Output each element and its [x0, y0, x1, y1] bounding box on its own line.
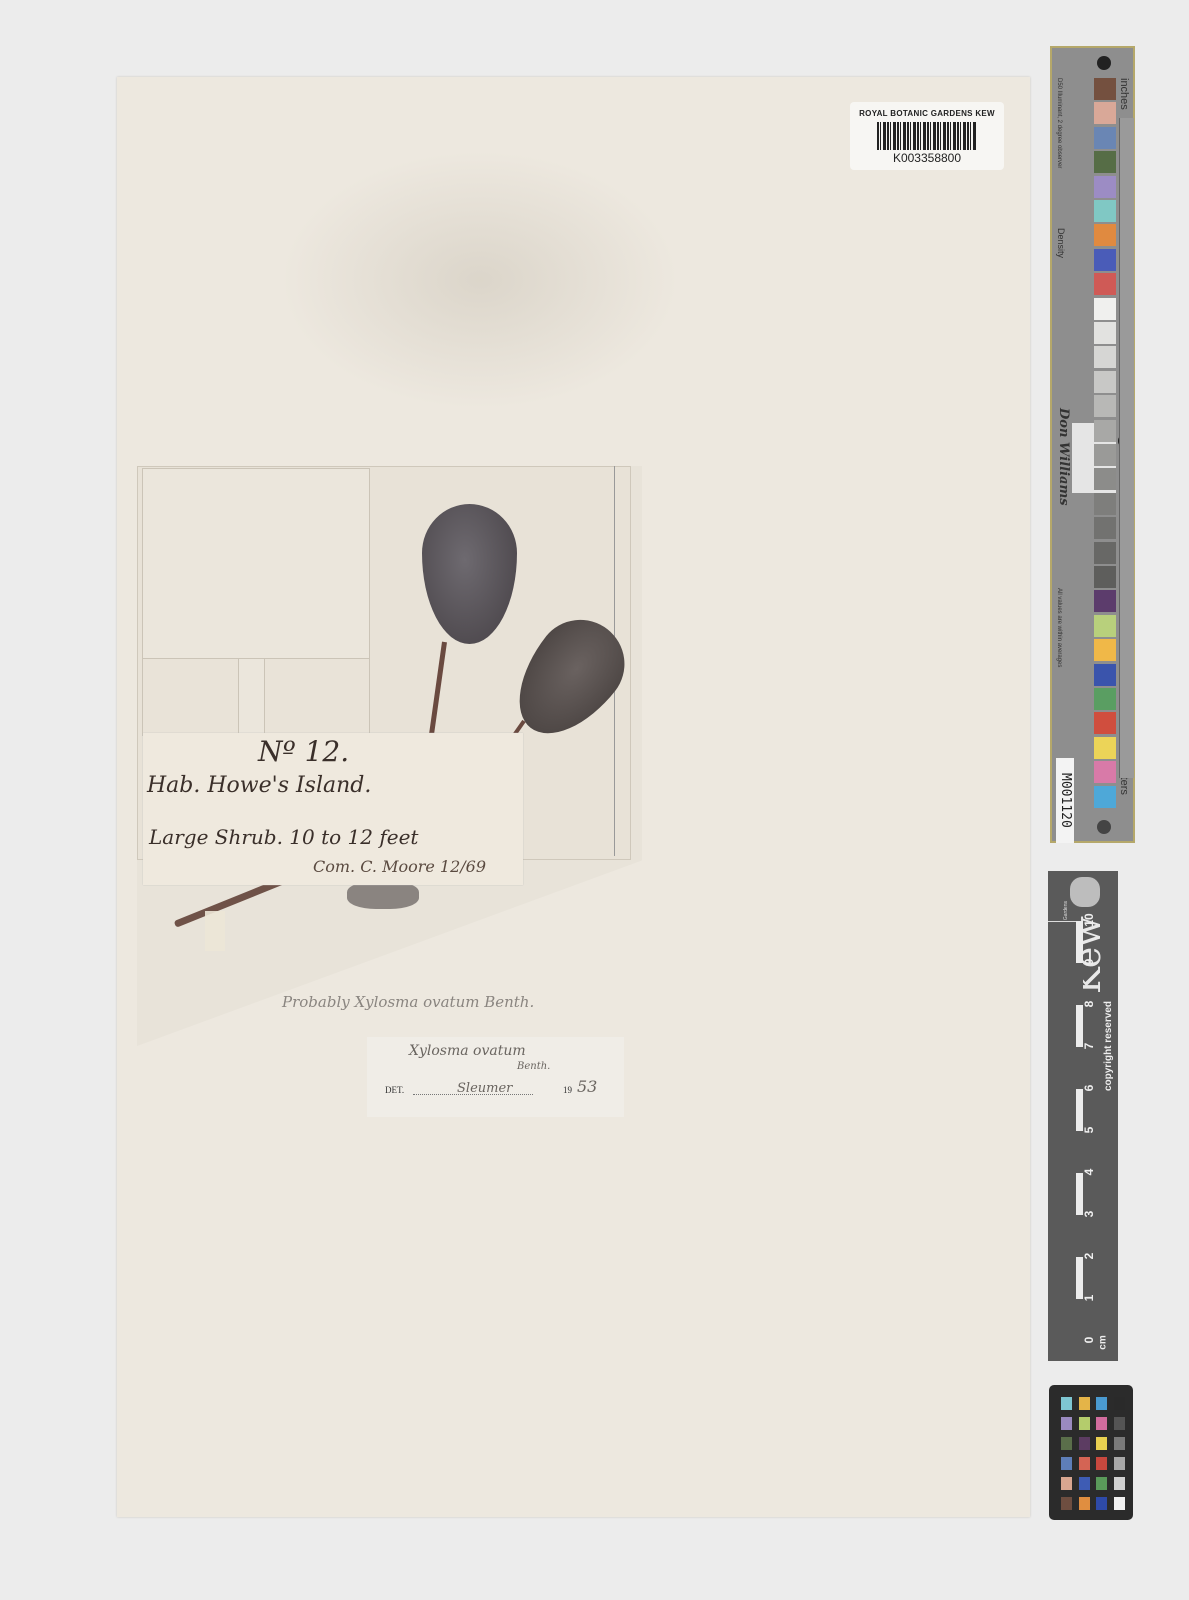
color-chip [1079, 1477, 1090, 1490]
color-chip [1061, 1477, 1072, 1490]
color-chip [1096, 1457, 1107, 1470]
barcode-label: ROYAL BOTANIC GARDENS KEW K003358800 [850, 102, 1004, 170]
color-swatch [1094, 786, 1116, 808]
scale-tick-label: 7 [1082, 1036, 1096, 1056]
color-swatch [1094, 444, 1116, 466]
color-swatch [1094, 712, 1116, 734]
color-swatch [1094, 420, 1116, 442]
color-swatch [1094, 664, 1116, 686]
color-chip [1114, 1417, 1125, 1430]
description-text: Large Shrub. 10 to 12 feet [149, 825, 418, 849]
scale-tick-label: 2 [1082, 1246, 1096, 1266]
collection-number: Nº 12. [258, 735, 349, 768]
color-swatch [1094, 249, 1116, 271]
specimen-leaf-fragment [347, 881, 419, 909]
color-chip [1096, 1417, 1107, 1430]
color-chip [1114, 1477, 1125, 1490]
scale-tick-label: 8 [1082, 994, 1096, 1014]
color-swatch [1094, 176, 1116, 198]
year-suffix: 53 [577, 1077, 597, 1096]
color-swatch [1094, 102, 1116, 124]
color-chip [1079, 1417, 1090, 1430]
inches-label: inches [1118, 78, 1130, 110]
color-swatch [1094, 566, 1116, 588]
scale-block [1048, 1047, 1076, 1090]
ruler-brand: Don Williams [1056, 408, 1071, 506]
color-checker-card [1049, 1385, 1133, 1520]
barcode-number: K003358800 [850, 151, 1004, 165]
color-swatch [1094, 542, 1116, 564]
color-swatch [1094, 322, 1116, 344]
color-swatch [1094, 615, 1116, 637]
collector-label: Nº 12. Hab. Howe's Island. Large Shrub. … [143, 733, 523, 885]
envelope-flap [238, 658, 266, 736]
det-label: DET. [385, 1085, 404, 1095]
envelope-flap [264, 658, 370, 736]
collector-text: Com. C. Moore 12/69 [313, 857, 486, 876]
mounting-tape [205, 911, 225, 951]
cm-label: cm [1098, 1335, 1109, 1349]
color-chip [1079, 1457, 1090, 1470]
density-label: Density [1056, 228, 1066, 258]
color-swatch [1094, 273, 1116, 295]
color-swatch [1094, 127, 1116, 149]
color-swatch [1094, 493, 1116, 515]
scale-tick-label: 1 [1082, 1288, 1096, 1308]
ruler-footnote: All values are within averages [1056, 588, 1062, 667]
color-swatch [1094, 151, 1116, 173]
color-chip [1061, 1397, 1072, 1410]
scale-block [1048, 963, 1076, 1006]
scale-block [1048, 1089, 1076, 1132]
kew-crest-icon [1070, 877, 1100, 907]
institution-name: ROYAL BOTANIC GARDENS KEW [850, 109, 1004, 118]
color-swatch [1094, 761, 1116, 783]
scale-tick-label: 0 [1082, 1330, 1096, 1350]
color-chip [1079, 1437, 1090, 1450]
color-chip [1096, 1497, 1107, 1510]
copyright-text: copyright reserved [1103, 1001, 1114, 1091]
color-swatch [1094, 639, 1116, 661]
color-chip [1061, 1497, 1072, 1510]
det-authority: Benth. [517, 1061, 550, 1072]
scale-tick-label: 4 [1082, 1162, 1096, 1182]
color-swatch [1094, 200, 1116, 222]
color-chip [1096, 1397, 1107, 1410]
illuminant-note: D50 Illuminant, 2 degree observer [1056, 78, 1062, 168]
color-swatch [1094, 298, 1116, 320]
color-chip [1061, 1437, 1072, 1450]
kew-scale-bar: Royal Botanic Gardens Kew copyright rese… [1048, 871, 1118, 1361]
color-swatch [1094, 737, 1116, 759]
color-chip [1096, 1437, 1107, 1450]
color-swatch [1094, 395, 1116, 417]
color-chip [1114, 1497, 1125, 1510]
color-swatch [1094, 688, 1116, 710]
color-swatch [1094, 346, 1116, 368]
determination-slip: Xylosma ovatum Benth. DET. Sleumer 19 53 [367, 1037, 624, 1117]
color-swatch [1094, 590, 1116, 612]
scale-block [1048, 1215, 1076, 1258]
barcode-icon [877, 122, 977, 150]
color-chip [1061, 1417, 1072, 1430]
scale-block [1048, 1299, 1076, 1342]
scale-tick-label: 9 [1082, 952, 1096, 972]
color-chip [1114, 1437, 1125, 1450]
scale-block [1048, 1005, 1076, 1048]
scale-tick-label: 3 [1082, 1204, 1096, 1224]
det-taxon: Xylosma ovatum [409, 1043, 526, 1059]
registration-dot-icon [1097, 56, 1111, 70]
scale-block [1048, 1173, 1076, 1216]
color-swatch [1094, 224, 1116, 246]
color-chip [1079, 1397, 1090, 1410]
year-prefix: 19 [563, 1085, 572, 1095]
color-chip [1114, 1397, 1125, 1410]
determiner-name: Sleumer [457, 1081, 512, 1096]
scale-block [1048, 1257, 1076, 1300]
scale-block [1048, 1131, 1076, 1174]
color-swatch [1094, 78, 1116, 100]
pencil-annotation: Probably Xylosma ovatum Benth. [282, 993, 534, 1011]
color-calibration-ruler: inches centimeters D50 Illuminant, 2 deg… [1050, 46, 1135, 843]
envelope-flap [142, 658, 240, 736]
color-chip [1061, 1457, 1072, 1470]
scale-tick-label: 5 [1082, 1120, 1096, 1140]
color-chip [1114, 1457, 1125, 1470]
scale-tick-label: 10 [1082, 910, 1096, 930]
color-chip [1079, 1497, 1090, 1510]
color-swatch [1094, 468, 1116, 490]
color-swatch [1094, 517, 1116, 539]
scale-block [1048, 921, 1076, 964]
habitat-text: Hab. Howe's Island. [147, 773, 371, 798]
color-chip [1096, 1477, 1107, 1490]
sheet-stain [280, 150, 680, 410]
scale-tick-label: 6 [1082, 1078, 1096, 1098]
ruler-id: M001120 [1056, 758, 1074, 843]
registration-dot-icon [1097, 820, 1111, 834]
color-swatch [1094, 371, 1116, 393]
inch-scale [1119, 118, 1134, 778]
